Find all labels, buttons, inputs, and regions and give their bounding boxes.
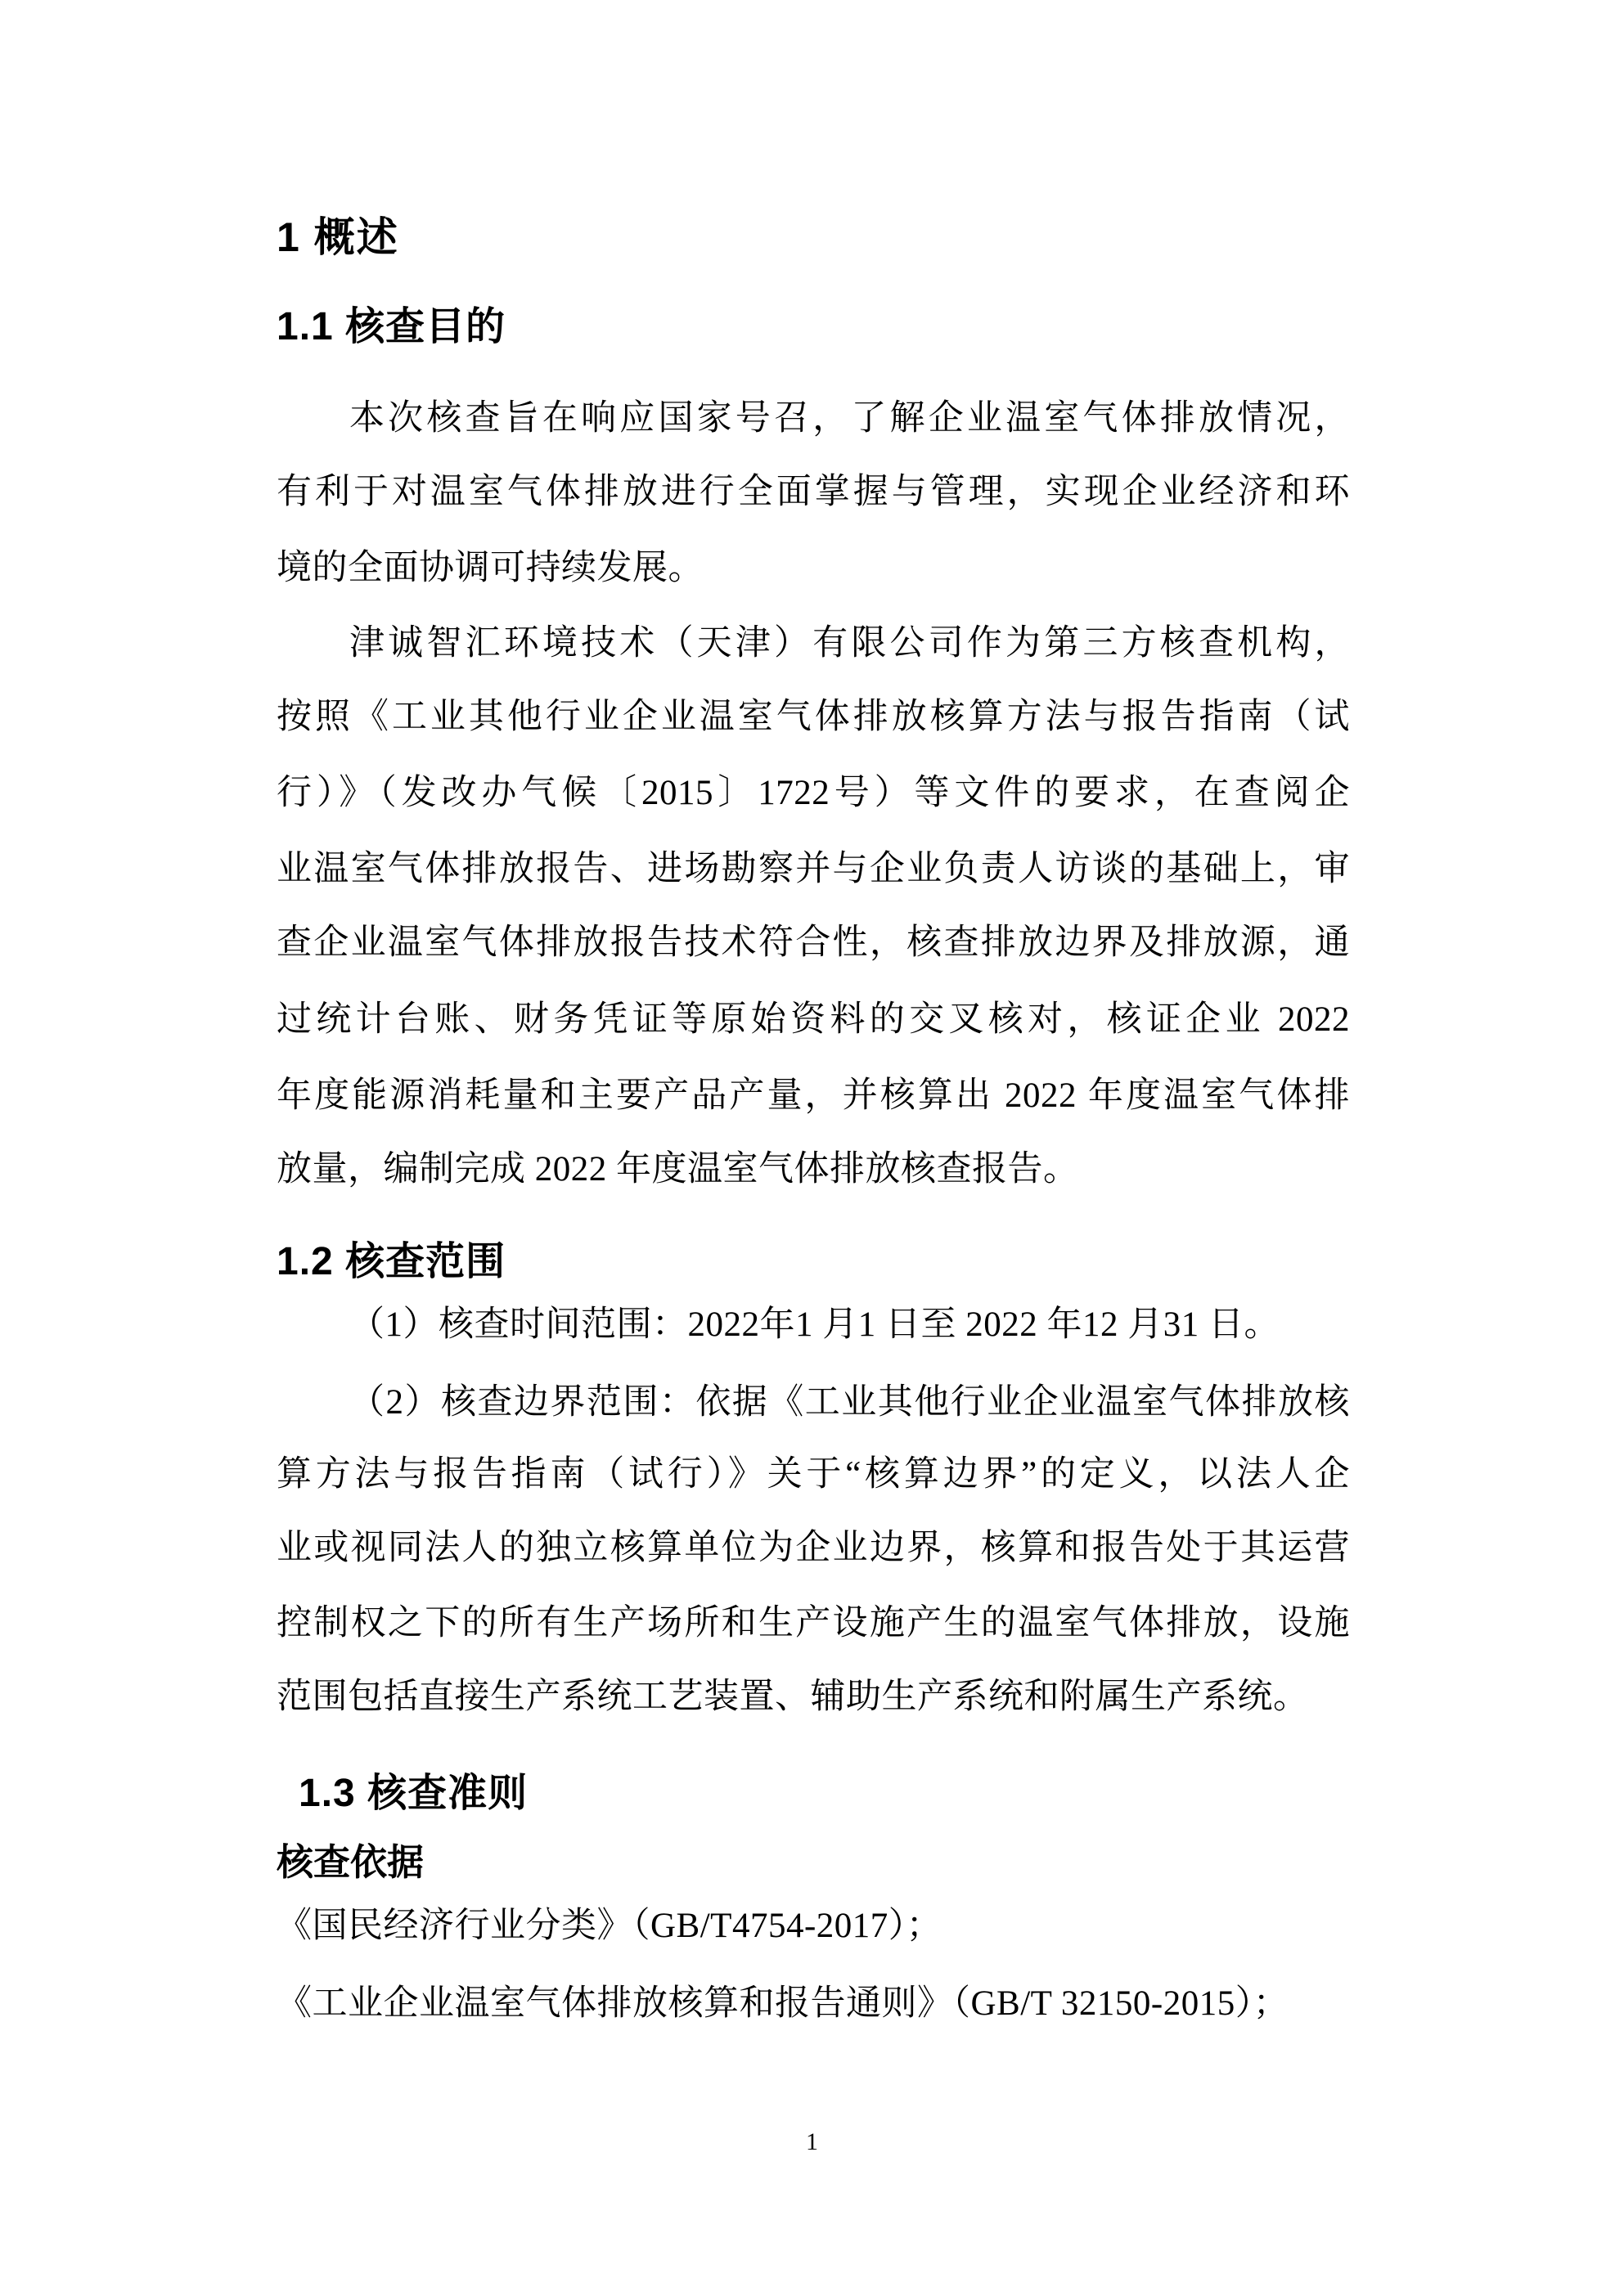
- section-heading-overview: 1 概述: [277, 204, 399, 263]
- page-number: 1: [0, 2128, 1624, 2156]
- paragraph-line: （2）核查边界范围：依据《工业其他行业企业温室气体排放核: [349, 1382, 1350, 1424]
- subsection-heading-basis: 核查依据: [277, 1832, 424, 1885]
- paragraph-line: 境的全面协调可持续发展。: [277, 548, 1350, 590]
- reference-line: 《国民经济行业分类》（GB/T4754-2017）；: [277, 1906, 1350, 1948]
- paragraph-line: 行）》（发改办气候〔2015〕1722号）等文件的要求，在查阅企: [277, 773, 1350, 815]
- paragraph-line: 控制权之下的所有生产场所和生产设施产生的温室气体排放，设施: [277, 1603, 1350, 1645]
- paragraph-line: 放量，编制完成 2022 年度温室气体排放核查报告。: [277, 1149, 1350, 1191]
- paragraph-line: 年度能源消耗量和主要产品产量，并核算出 2022 年度温室气体排: [277, 1076, 1350, 1117]
- paragraph-line: 津诚智汇环境技术（天津）有限公司作为第三方核查机构，: [349, 623, 1350, 665]
- paragraph-line: 业温室气体排放报告、进场勘察并与企业负责人访谈的基础上，审: [277, 849, 1350, 891]
- section-heading-criteria: 1.3 核查准则: [299, 1761, 528, 1817]
- section-heading-scope: 1.2 核查范围: [277, 1229, 506, 1286]
- paragraph-line: 查企业温室气体排放报告技术符合性，核查排放边界及排放源，通: [277, 923, 1350, 964]
- document-page: 1 概述 1.1 核查目的 本次核查旨在响应国家号召，了解企业温室气体排放情况，…: [0, 0, 1624, 2296]
- paragraph-line: 业或视同法人的独立核算单位为企业边界，核算和报告处于其运营: [277, 1528, 1350, 1570]
- paragraph-line: 本次核查旨在响应国家号召，了解企业温室气体排放情况，: [349, 398, 1350, 440]
- paragraph-line: 按照《工业其他行业企业温室气体排放核算方法与报告指南（试: [277, 697, 1350, 739]
- paragraph-line: 算方法与报告指南（试行）》关于“核算边界”的定义，以法人企: [277, 1454, 1350, 1496]
- reference-line: 《工业企业温室气体排放核算和报告通则》（GB/T 32150-2015）；: [277, 1984, 1350, 2025]
- section-heading-purpose: 1.1 核查目的: [277, 294, 506, 351]
- paragraph-line: 过统计台账、财务凭证等原始资料的交叉核对，核证企业 2022: [277, 1000, 1350, 1041]
- paragraph-line: 有利于对温室气体排放进行全面掌握与管理，实现企业经济和环: [277, 472, 1350, 514]
- paragraph-line: （1）核查时间范围：2022年1 月1 日至 2022 年12 月31 日。: [349, 1305, 1350, 1346]
- paragraph-line: 范围包括直接生产系统工艺装置、辅助生产系统和附属生产系统。: [277, 1677, 1350, 1719]
